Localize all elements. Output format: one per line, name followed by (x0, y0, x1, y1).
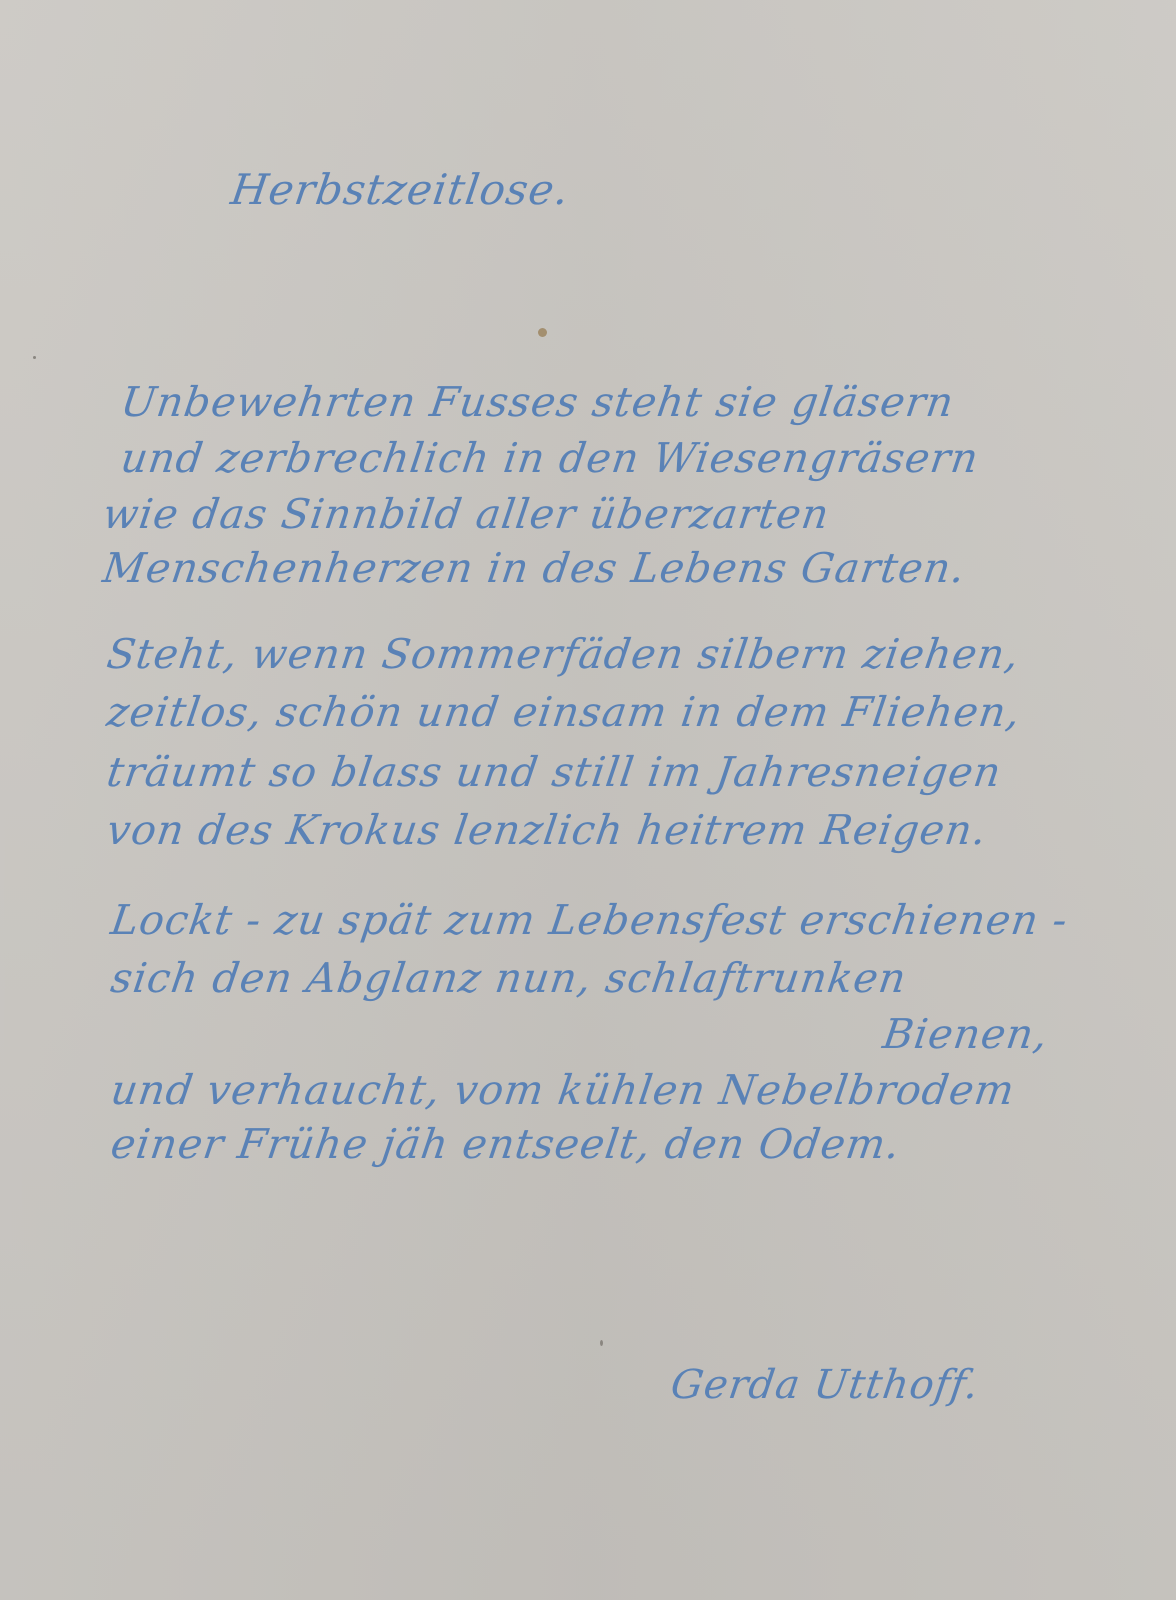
poem-line: sich den Abglanz nun, schlaftrunken (108, 954, 910, 1002)
poem-line: zeitlos, schön und einsam in dem Fliehen… (104, 688, 1024, 736)
author-signature: Gerda Utthoff. (668, 1362, 982, 1408)
poem-line: Steht, wenn Sommerfäden silbern ziehen, (104, 630, 1023, 678)
paper-stain (538, 328, 547, 337)
poem-line: einer Frühe jäh entseelt, den Odem. (108, 1120, 904, 1168)
poem-title: Herbstzeitlose. (228, 165, 573, 214)
poem-line: Lockt - zu spät zum Lebensfest erschiene… (108, 896, 1071, 944)
poem-line: Unbewehrten Fusses steht sie gläsern (118, 378, 957, 426)
paper-speck (33, 356, 36, 359)
poem-line: und verhaucht, vom kühlen Nebelbrodem (108, 1066, 1018, 1114)
poem-line: wie das Sinnbild aller überzarten (100, 490, 833, 538)
poem-line: und zerbrechlich in den Wiesengräsern (118, 434, 982, 482)
paper-speck (600, 1340, 603, 1346)
poem-line: Menschenherzen in des Lebens Garten. (100, 544, 969, 592)
poem-line-continuation: Bienen, (880, 1010, 1051, 1058)
poem-line: von des Krokus lenzlich heitrem Reigen. (104, 806, 990, 854)
poem-line: träumt so blass und still im Jahresneige… (104, 748, 1005, 796)
handwritten-page: Herbstzeitlose. Unbewehrten Fusses steht… (0, 0, 1176, 1600)
